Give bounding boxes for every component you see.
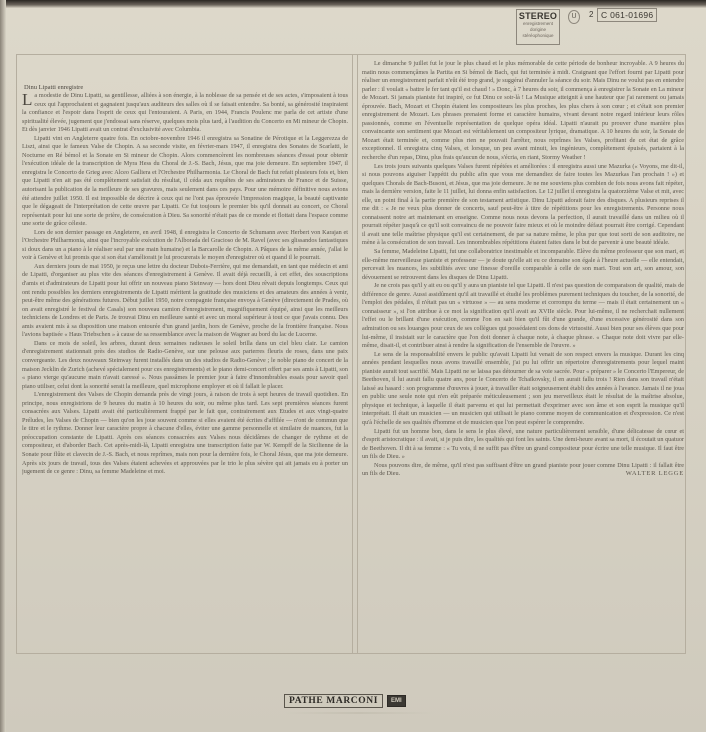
disc-count: 2 [589,10,593,19]
paragraph: Les trois jours suivants quelques Valses… [362,163,684,248]
stereo-badge: STEREO enregistrement dorigine stéréopho… [516,9,560,45]
left-column: La modestie de Dinu Lipatti, sa gentille… [22,82,348,672]
paragraph: Lipatti vint en Angleterre quatre fois. … [22,135,348,229]
paragraph: Sa femme, Madeleine Lipatti, fut une col… [362,248,684,282]
stereo-sub-3: stéréophonique [517,33,559,39]
u-mark-icon: U [568,10,580,24]
paragraph: Aux derniers jours de mai 1950, je reçus… [22,263,348,340]
paragraph: Le sens de la responsabilité envers le p… [362,351,684,428]
publisher-brand: PATHE MARCONI [284,694,383,708]
column-divider [352,54,358,654]
right-column: Le dimanche 9 juillet fut le jour le plu… [362,60,684,650]
paragraph: Dans ce mois de soleil, les arbres, dura… [22,340,348,391]
emi-logo-icon: EMI [387,695,406,707]
catalog-number: C 061-01696 [597,8,657,22]
paragraph: Le dimanche 9 juillet fut le jour le plu… [362,60,684,163]
scan-top-edge [0,0,706,8]
footer-faint-text [284,712,434,714]
paragraph: Nous pouvons dire, de même, qu'il n'est … [362,462,684,479]
paragraph: La modestie de Dinu Lipatti, sa gentille… [22,92,348,135]
paragraph: Je ne crois pas qu'il y ait eu ou qu'il … [362,282,684,350]
paragraph: Lipatti fut un homme bon, dans le sens l… [362,428,684,462]
paragraph: L'enregistrement des Valses de Chopin de… [22,391,348,476]
drop-cap: L [22,93,32,107]
paragraph: Lors de son dernier passage en Angleterr… [22,229,348,263]
publisher-footer: PATHE MARCONI EMI [284,694,406,708]
stereo-label: STEREO [517,11,559,21]
author-signature: WALTER LEGGE [614,470,684,479]
